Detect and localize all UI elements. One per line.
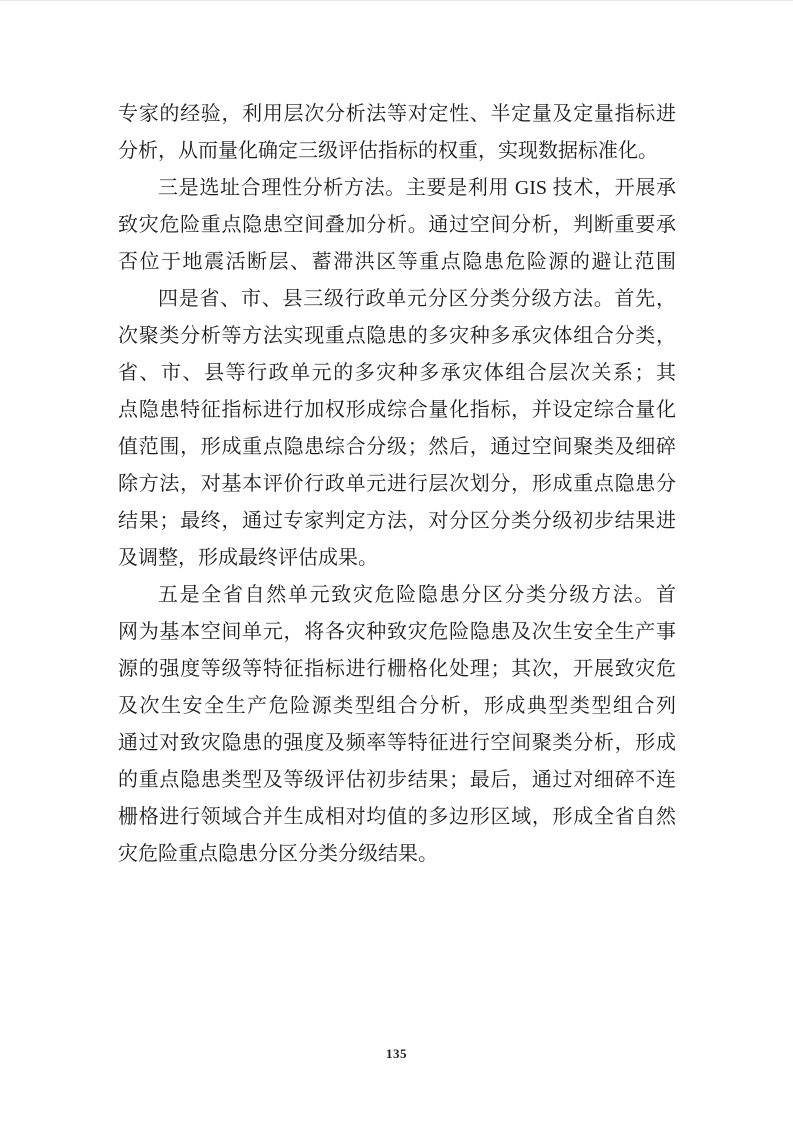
text-line: 致灾危险重点隐患空间叠加分析。通过空间分析，判断重要承灾体是 <box>118 207 676 244</box>
text-line: 省、市、县等行政单元的多灾种多承灾体组合层次关系；其次，对重 <box>118 355 676 392</box>
paragraph-method-3: 三是选址合理性分析方法。主要是利用 GIS 技术，开展承灾体与致灾危险重点隐患空… <box>118 170 676 281</box>
text-line: 三是选址合理性分析方法。主要是利用 GIS 技术，开展承灾体与 <box>118 170 676 207</box>
text-line: 分析，从而量化确定三级评估指标的权重，实现数据标准化。 <box>118 133 676 170</box>
paragraph-method-5: 五是全省自然单元致灾危险隐患分区分类分级方法。首先，以格网为基本空间单元，将各灾… <box>118 577 676 873</box>
text-line: 的重点隐患类型及等级评估初步结果；最后，通过对细碎不连续类型 <box>118 762 676 799</box>
paragraph-continuation: 专家的经验，利用层次分析法等对定性、半定量及定量指标进行权重分析，从而量化确定三… <box>118 96 676 170</box>
text-line: 栅格进行领域合并生成相对均值的多边形区域，形成全省自然灾害致 <box>118 799 676 836</box>
document-page: { "document": { "paragraphs": [ { "lines… <box>0 0 793 1122</box>
page-footer: 135 <box>0 1045 793 1063</box>
text-line: 否位于地震活断层、蓄滞洪区等重点隐患危险源的避让范围内。 <box>118 244 676 281</box>
page-number: 135 <box>386 1046 407 1061</box>
text-line: 源的强度等级等特征指标进行栅格化处理；其次，开展致灾危险隐患 <box>118 651 676 688</box>
text-line: 五是全省自然单元致灾危险隐患分区分类分级方法。首先，以格 <box>118 577 676 614</box>
text-line: 点隐患特征指标进行加权形成综合量化指标，并设定综合量化指标阈 <box>118 392 676 429</box>
text-line: 灾危险重点隐患分区分类分级结果。 <box>118 836 676 873</box>
text-line: 结果；最终，通过专家判定方法，对分区分类分级初步结果进行评审 <box>118 503 676 540</box>
text-line: 专家的经验，利用层次分析法等对定性、半定量及定量指标进行权重 <box>118 96 676 133</box>
text-line: 次聚类分析等方法实现重点隐患的多灾种多承灾体组合分类，形成 <box>118 318 676 355</box>
text-line: 及调整，形成最终评估成果。 <box>118 540 676 577</box>
text-line: 四是省、市、县三级行政单元分区分类分级方法。首先，通过层 <box>118 281 676 318</box>
text-line: 及次生安全生产危险源类型组合分析，形成典型类型组合列表；然后， <box>118 688 676 725</box>
text-line: 值范围，形成重点隐患综合分级；然后，通过空间聚类及细碎斑块去 <box>118 429 676 466</box>
text-line: 通过对致灾隐患的强度及频率等特征进行空间聚类分析，形成各网格 <box>118 725 676 762</box>
text-line: 网为基本空间单元，将各灾种致灾危险隐患及次生安全生产事故危险 <box>118 614 676 651</box>
text-line: 除方法，对基本评价行政单元进行层次划分，形成重点隐患分区初步 <box>118 466 676 503</box>
paragraph-method-4: 四是省、市、县三级行政单元分区分类分级方法。首先，通过层次聚类分析等方法实现重点… <box>118 281 676 577</box>
text-block: 专家的经验，利用层次分析法等对定性、半定量及定量指标进行权重分析，从而量化确定三… <box>118 96 676 873</box>
